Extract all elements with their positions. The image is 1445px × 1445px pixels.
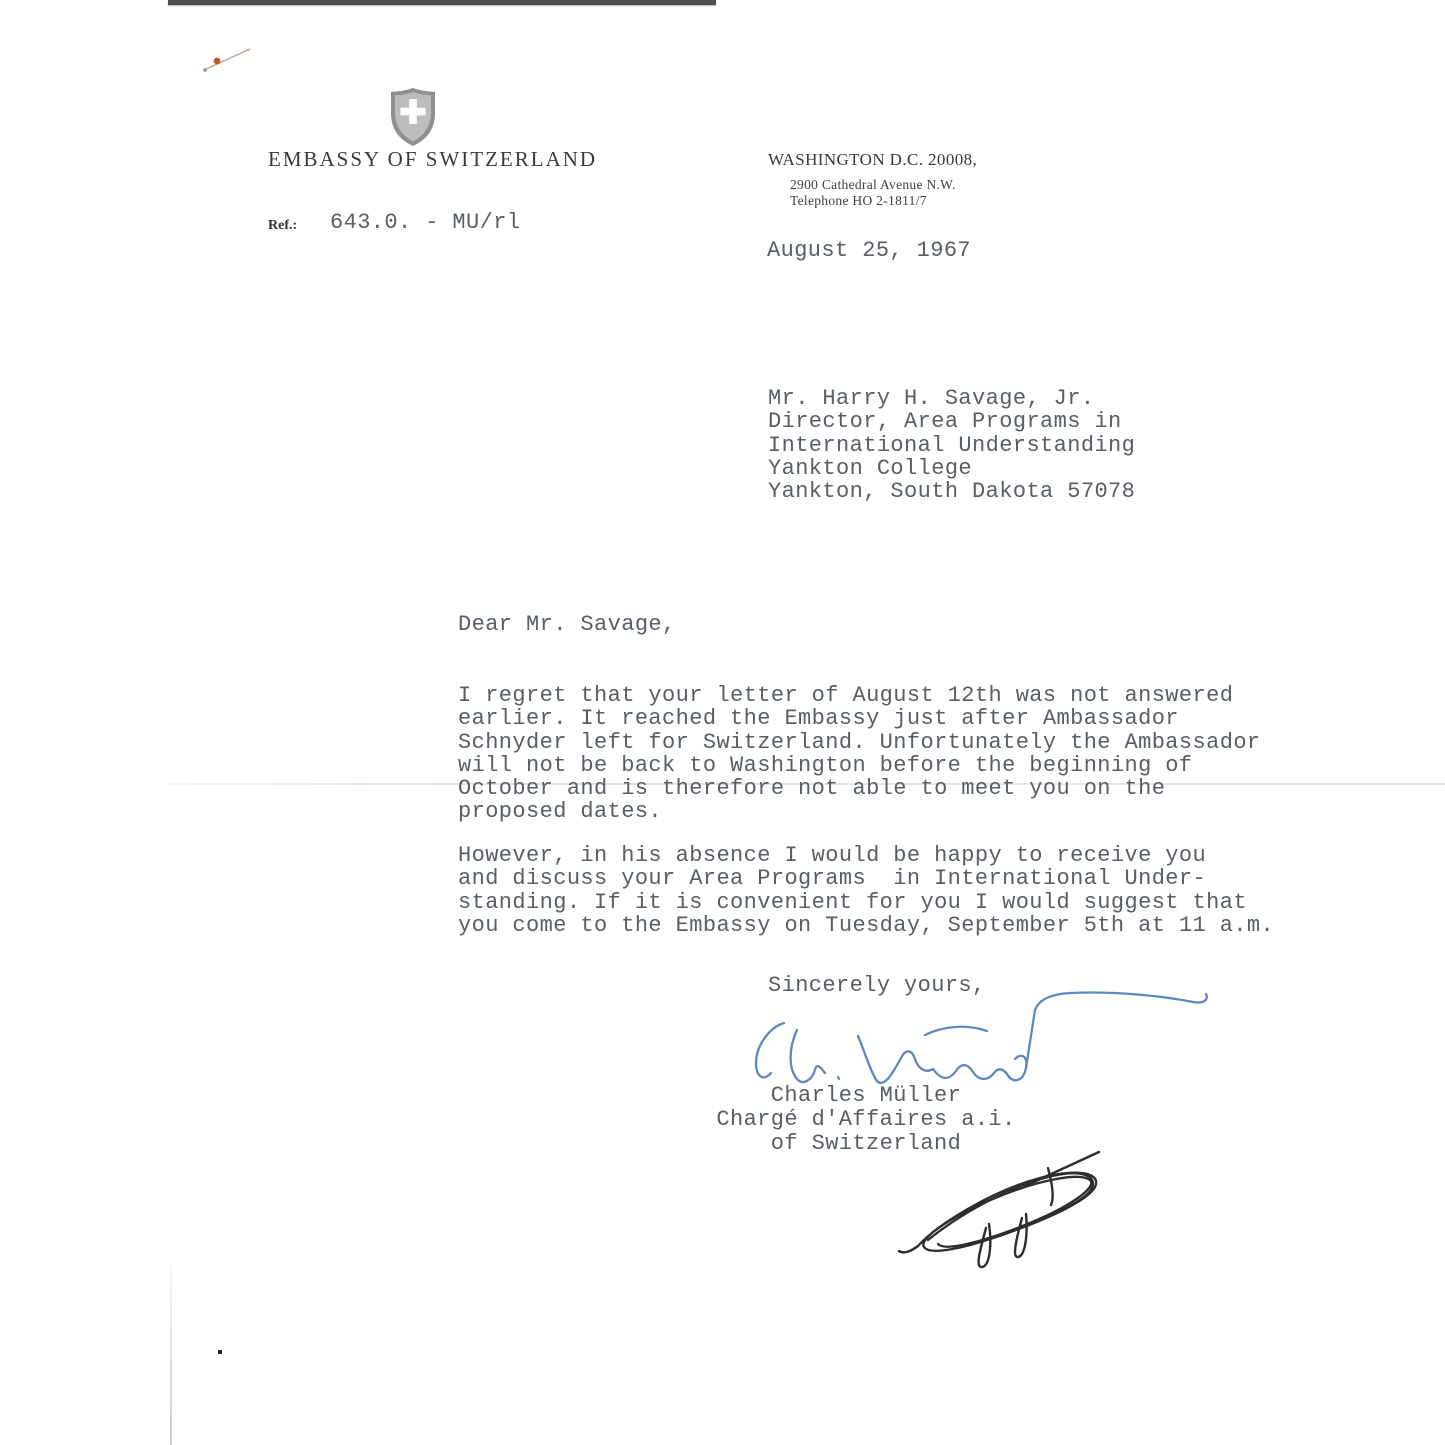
scratch-mark <box>203 49 250 72</box>
signature-ink <box>756 992 1207 1082</box>
swiss-crest-icon <box>389 86 437 148</box>
stray-ink-dot <box>218 1350 222 1354</box>
salutation: Dear Mr. Savage, <box>458 613 676 636</box>
signer-block: Charles Müller Chargé d'Affaires a.i. of… <box>716 1084 1016 1156</box>
reference-label: Ref.: <box>268 218 297 234</box>
signer-name: Charles Müller <box>716 1084 1016 1108</box>
body-paragraph-1: I regret that your letter of August 12th… <box>458 684 1261 824</box>
paper-left-edge-shadow <box>170 1265 172 1445</box>
letterhead-city-line: WASHINGTON D.C. 20008, <box>768 150 977 170</box>
recipient-address-block: Mr. Harry H. Savage, Jr. Director, Area … <box>768 387 1135 503</box>
letterhead-telephone: Telephone HO 2-1811/7 <box>790 193 927 209</box>
scanned-letter-page: EMBASSY OF SWITZERLAND WASHINGTON D.C. 2… <box>0 0 1445 1445</box>
signer-org: of Switzerland <box>716 1132 1016 1156</box>
letterhead-street-address: 2900 Cathedral Avenue N.W. <box>790 177 956 193</box>
valediction: Sincerely yours, <box>768 974 986 997</box>
signer-title: Chargé d'Affaires a.i. <box>716 1108 1016 1132</box>
paper-top-edge-shadow <box>168 0 716 5</box>
body-paragraph-2: However, in his absence I would be happy… <box>458 844 1274 937</box>
reference-number: 643.0. - MU/rl <box>330 211 520 234</box>
scribble-ink <box>899 1152 1099 1267</box>
letter-date: August 25, 1967 <box>767 239 971 262</box>
letterhead-org-name: EMBASSY OF SWITZERLAND <box>268 147 597 172</box>
